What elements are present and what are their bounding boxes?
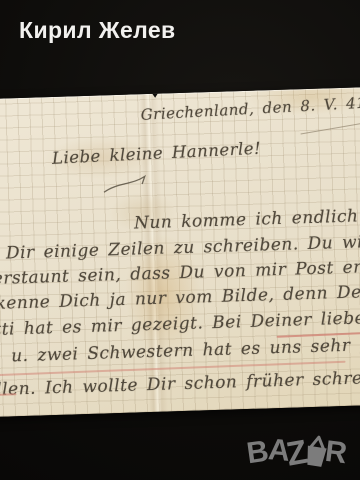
logo-letter: R	[323, 437, 348, 469]
pencil-underline	[301, 123, 360, 135]
letter-body-line: Nun komme ich endlich	[134, 206, 359, 233]
listing-photo-view: { "header": { "seller_name": "Кирил Желе…	[0, 0, 360, 480]
letter-photo: Griechenland, den 8. V. 41. Liebe kleine…	[0, 87, 360, 417]
seller-name: Кирил Желев	[19, 17, 176, 44]
letter-date-line: Griechenland, den 8. V. 41.	[140, 93, 360, 123]
letter-salutation: Liebe kleine Hannerle!	[52, 139, 262, 168]
bazar-watermark-logo: B A Z R	[247, 429, 346, 469]
flourish-mark	[101, 173, 154, 195]
